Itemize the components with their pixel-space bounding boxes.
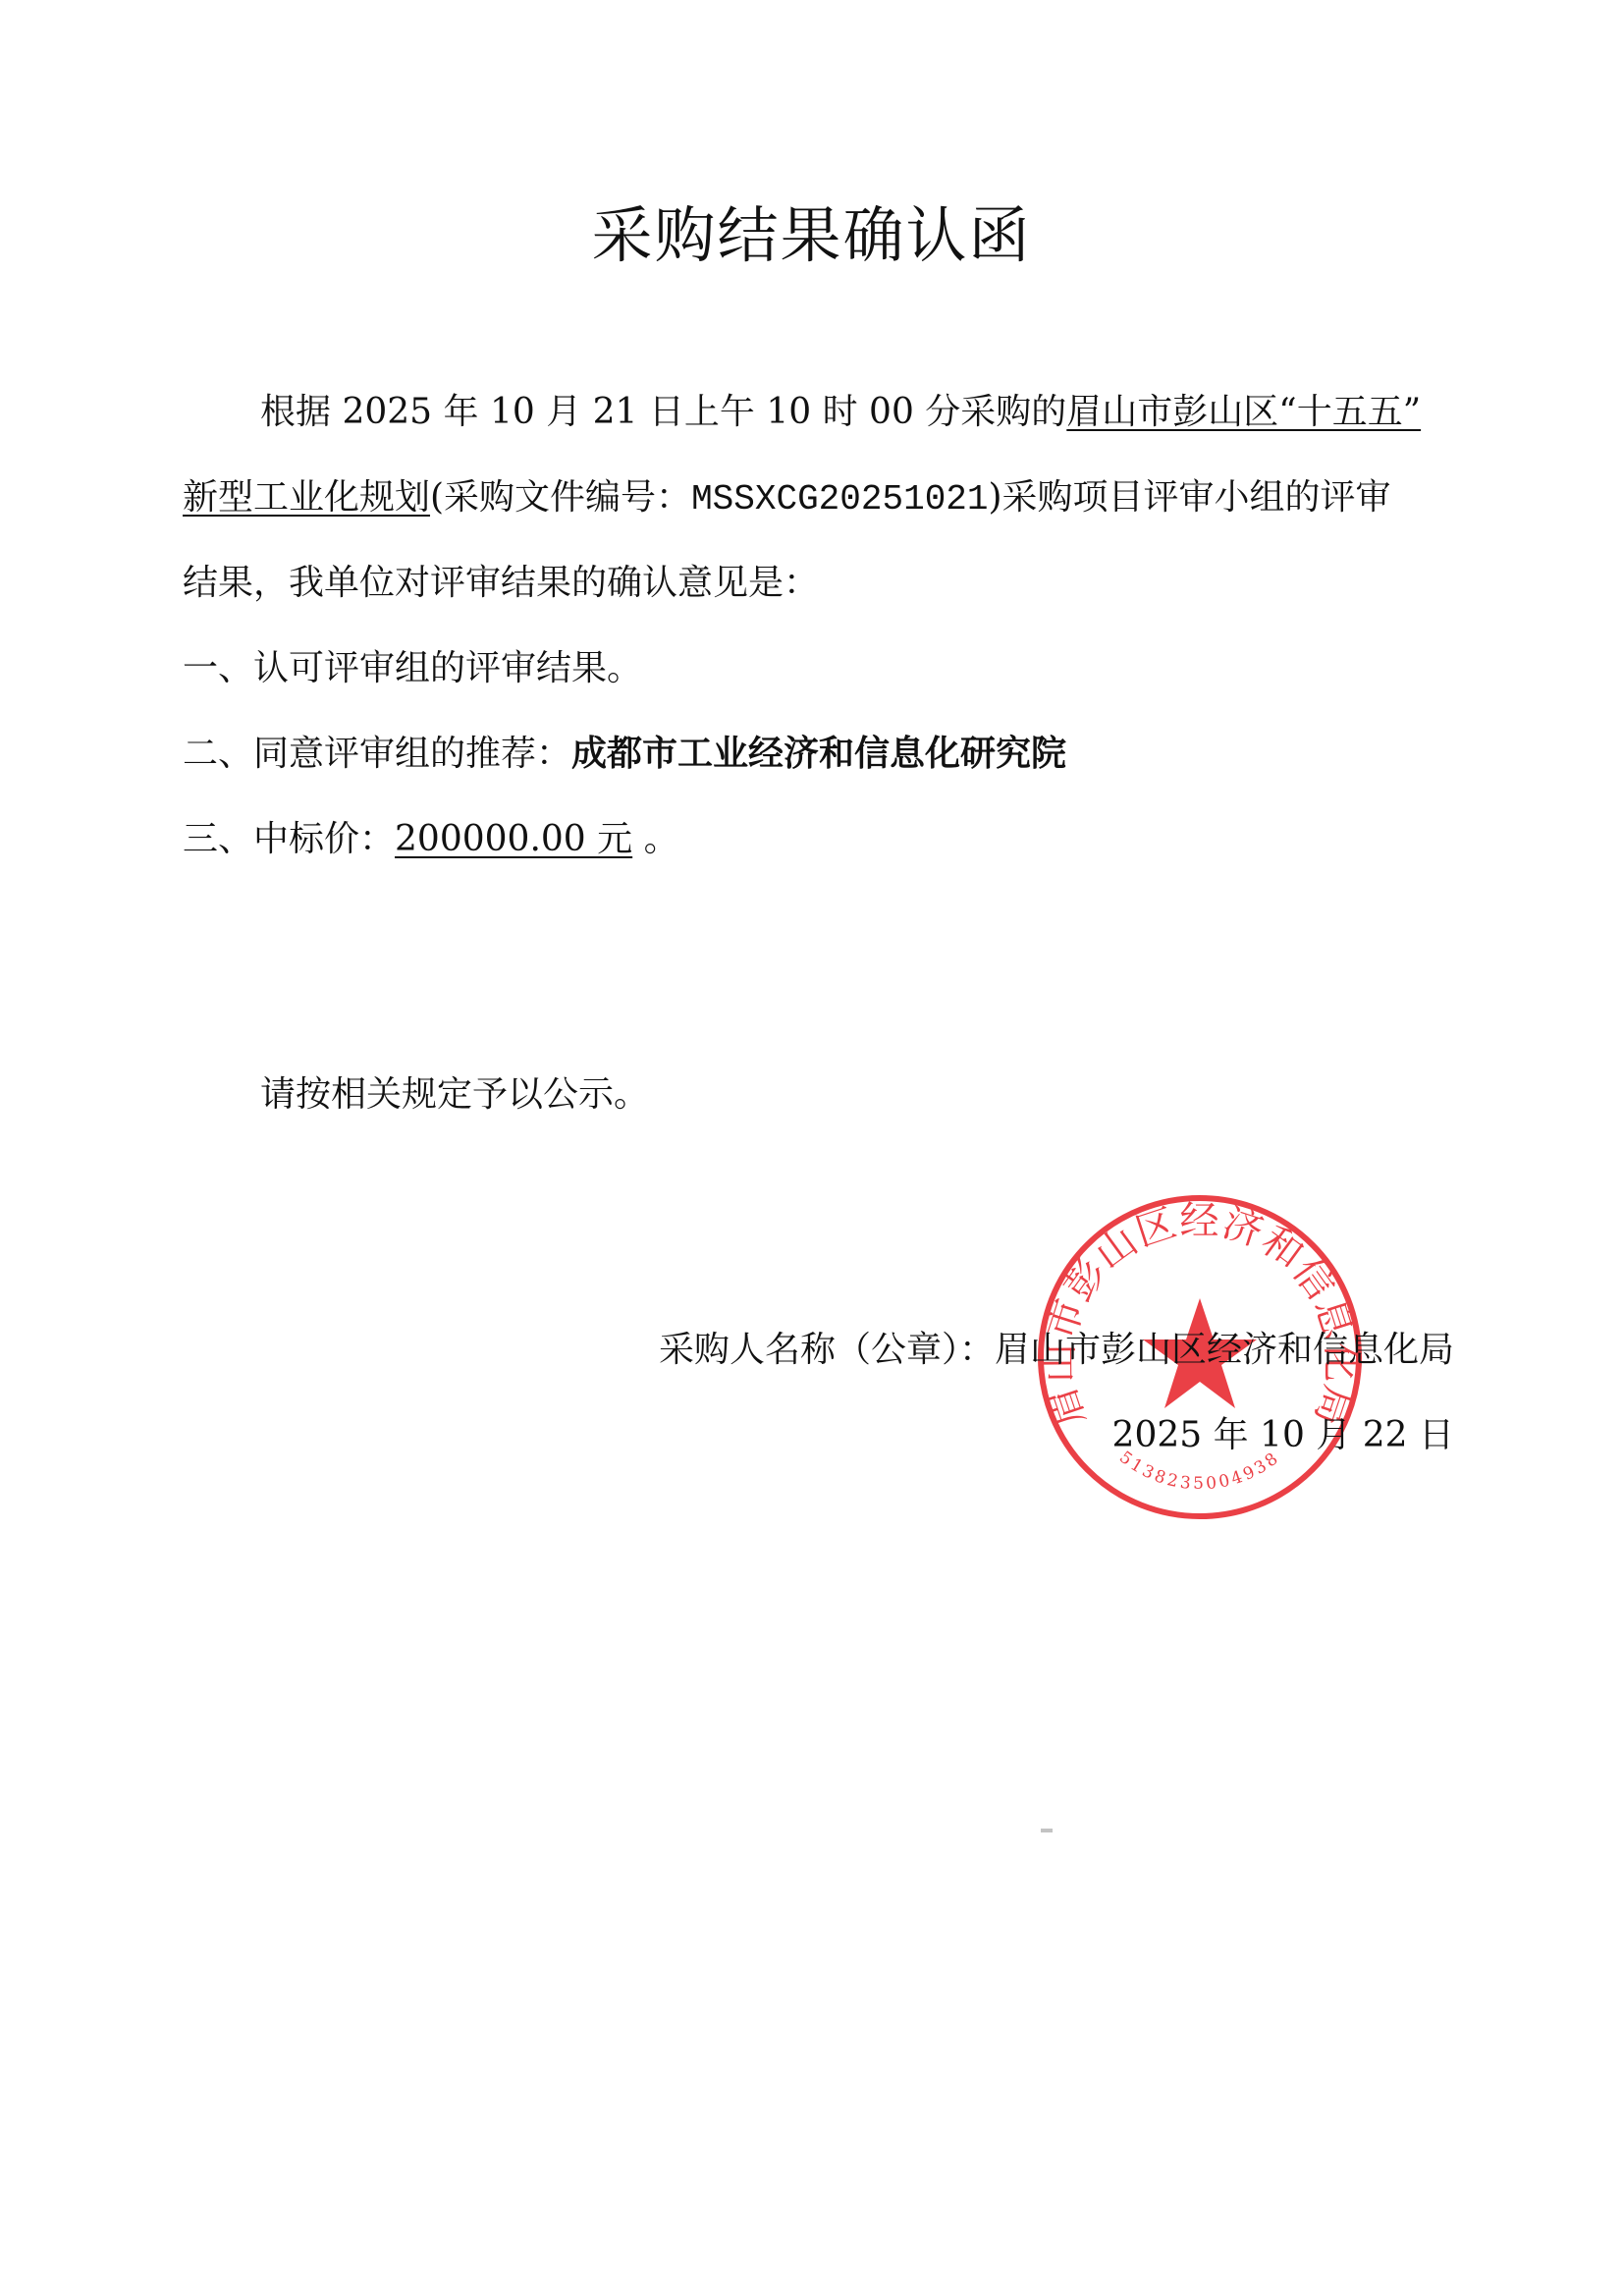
document-title: 采购结果确认函 bbox=[0, 196, 1623, 275]
recommended-supplier: 成都市工业经济和信息化研究院 bbox=[571, 734, 1066, 774]
item-1-text: 认可评审组的评审结果。 bbox=[253, 648, 642, 688]
item-2: 二、同意评审组的推荐：成都市工业经济和信息化研究院 bbox=[183, 730, 1066, 779]
signature-line: 采购人名称（公章）：眉山市彭山区经济和信息化局 bbox=[659, 1326, 1454, 1375]
svg-text:眉山市彭山区经济和信息化局: 眉山市彭山区经济和信息化局 bbox=[1037, 1198, 1363, 1432]
purchaser-name: 眉山市彭山区经济和信息化局 bbox=[995, 1330, 1454, 1370]
seal-ring-text: 眉山市彭山区经济和信息化局 bbox=[1037, 1198, 1363, 1432]
item-1-prefix: 一、 bbox=[183, 648, 253, 688]
project-name-part1: 眉山市彭山区“十五五” bbox=[1066, 392, 1421, 432]
scan-speck bbox=[1041, 1829, 1053, 1832]
item-2-prefix: 二、 bbox=[183, 734, 253, 774]
paragraph-intro-text: 根据 2025 年 10 月 21 日上午 10 时 00 分采购的 bbox=[260, 392, 1066, 432]
signature-label: 采购人名称（公章）： bbox=[659, 1330, 995, 1370]
bid-price: 200000.00 元 bbox=[395, 819, 632, 859]
file-number-open: (采购文件编号： bbox=[430, 477, 691, 518]
item-3-prefix: 三、 bbox=[183, 819, 253, 859]
item-3: 三、中标价：200000.00 元 。 bbox=[183, 815, 679, 864]
notice-text: 请按相关规定予以公示。 bbox=[260, 1070, 649, 1120]
item-2-text: 同意评审组的推荐： bbox=[253, 734, 571, 774]
paragraph-line-1: 根据 2025 年 10 月 21 日上午 10 时 00 分采购的眉山市彭山区… bbox=[260, 388, 1421, 437]
paragraph-line-2: 新型工业化规划(采购文件编号：MSSXCG20251021)采购项目评审小组的评… bbox=[183, 473, 1391, 524]
document-page: 采购结果确认函 根据 2025 年 10 月 21 日上午 10 时 00 分采… bbox=[0, 0, 1623, 2296]
file-number: MSSXCG20251021 bbox=[691, 479, 988, 519]
paragraph-line-3: 结果，我单位对评审结果的确认意见是： bbox=[183, 559, 819, 608]
item-3-text: 中标价： bbox=[253, 819, 395, 859]
project-name-part2: 新型工业化规划 bbox=[183, 477, 430, 518]
item-1: 一、认可评审组的评审结果。 bbox=[183, 644, 642, 693]
signature-date: 2025 年 10 月 22 日 bbox=[1112, 1411, 1454, 1460]
item-3-suffix: 。 bbox=[632, 819, 678, 859]
file-number-close: )采购项目评审小组的评审 bbox=[989, 477, 1391, 518]
